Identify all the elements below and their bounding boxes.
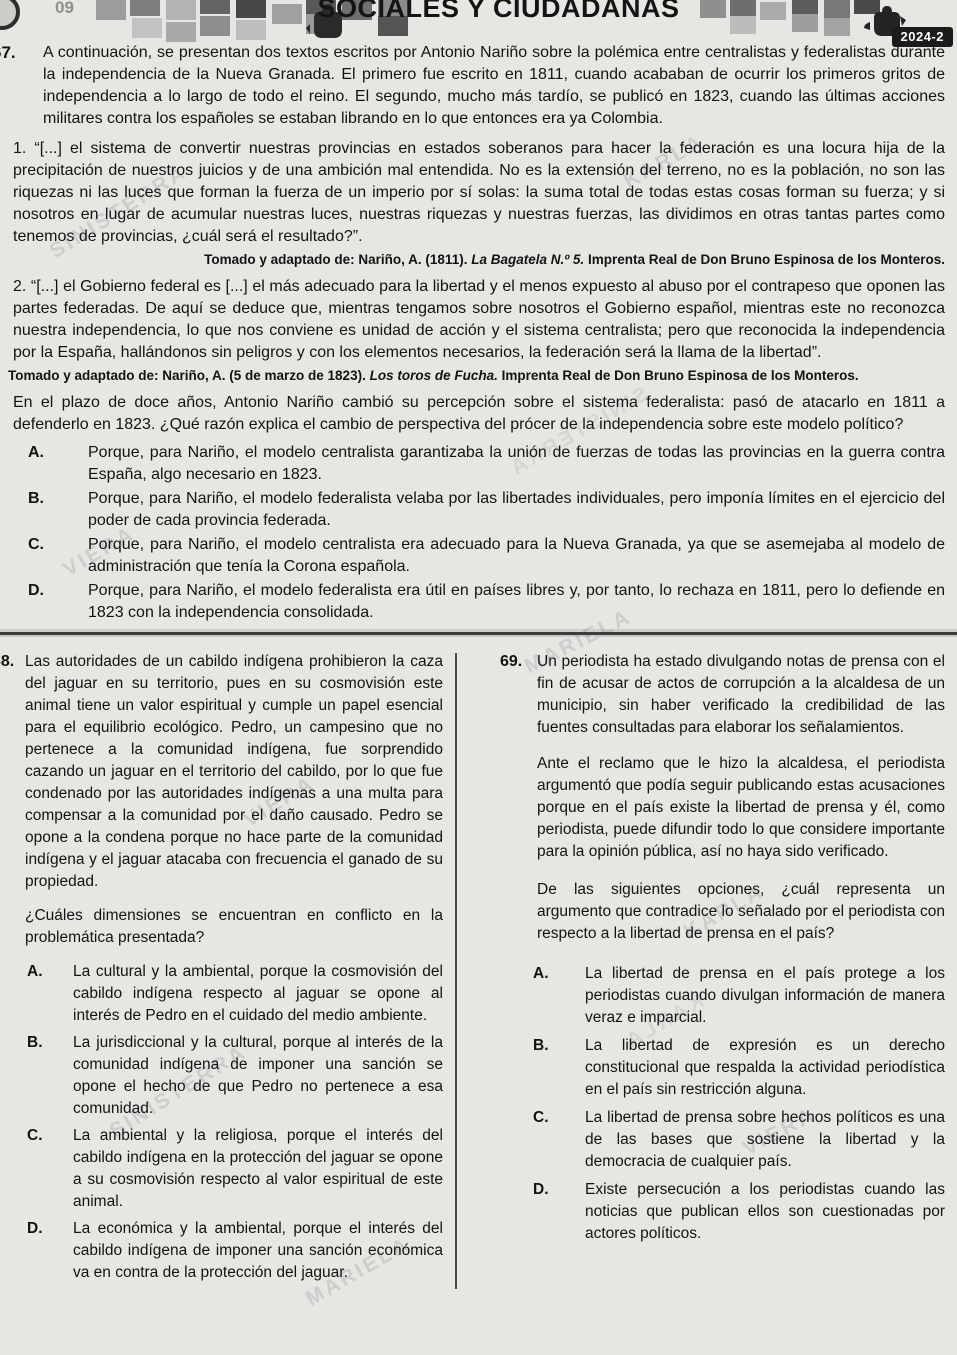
question-stem: En el plazo de doce años, Antonio Nariño… (13, 392, 945, 436)
option-letter: A. (533, 963, 585, 1029)
question-body: 68. Las autoridades de un cabildo indíge… (25, 651, 443, 893)
section-divider (0, 632, 957, 635)
question-69: 69. Un periodista ha estado divulgando n… (457, 649, 957, 1289)
option-letter: C. (533, 1107, 585, 1173)
exam-page: 09 SOCIALES Y CIUDADANAS 2024-2 67. A co… (0, 0, 957, 1289)
question-number: 68. (0, 651, 14, 673)
option-row-a: A. La cultural y la ambiental, porque la… (0, 961, 455, 1027)
option-text: Porque, para Nariño, el modelo federalis… (88, 488, 945, 532)
question-body-text: Las autoridades de un cabildo indígena p… (25, 653, 443, 890)
option-text: Porque, para Nariño, el modelo centralis… (88, 442, 945, 486)
option-text: La libertad de prensa en el país protege… (585, 963, 945, 1029)
option-text: Porque, para Nariño, el modelo federalis… (88, 580, 945, 624)
option-text: La económica y la ambiental, porque el i… (73, 1218, 443, 1284)
page-title: SOCIALES Y CIUDADANAS (317, 0, 679, 24)
question-intro-text: A continuación, se presentan dos textos … (43, 44, 945, 127)
option-letter: B. (28, 488, 88, 532)
option-row-d: D. Existe persecución a los periodistas … (457, 1179, 957, 1245)
option-row-b: B. La jurisdiccional y la cultural, porq… (0, 1032, 455, 1120)
mosaic-decoration (700, 0, 726, 18)
option-row-b: B. La libertad de expresión es un derech… (457, 1035, 957, 1101)
question-67: 67. A continuación, se presentan dos tex… (0, 42, 957, 624)
source-work-title: Los toros de Fucha. (370, 368, 498, 383)
option-letter: D. (27, 1218, 73, 1284)
source-prefix: Tomado y adaptado de: Nariño, A. (1811). (204, 252, 471, 267)
quote-source-1: Tomado y adaptado de: Nariño, A. (1811).… (13, 252, 945, 268)
option-letter: C. (28, 534, 88, 578)
options-list: A. Porque, para Nariño, el modelo centra… (0, 442, 957, 624)
question-68: 68. Las autoridades de un cabildo indíge… (0, 649, 455, 1289)
mosaic-decoration (96, 0, 126, 20)
quote-1: 1. “[...] el sistema de convertir nuestr… (13, 138, 945, 248)
option-row-a: A. La libertad de prensa en el país prot… (457, 963, 957, 1029)
option-row-d: D. La económica y la ambiental, porque e… (0, 1218, 455, 1284)
source-suffix: Imprenta Real de Don Bruno Espinosa de l… (584, 252, 945, 267)
option-letter: A. (27, 961, 73, 1027)
option-text: Porque, para Nariño, el modelo centralis… (88, 534, 945, 578)
question-stem: ¿Cuáles dimensiones se encuentran en con… (25, 905, 443, 949)
option-text: La jurisdiccional y la cultural, porque … (73, 1032, 443, 1120)
question-number: 69. (500, 651, 522, 673)
source-work-title: La Bagatela N.º 5. (471, 252, 584, 267)
option-letter: C. (27, 1125, 73, 1213)
options-list: A. La libertad de prensa en el país prot… (457, 963, 957, 1245)
option-letter: B. (533, 1035, 585, 1101)
question-body-paragraph: Ante el reclamo que le hizo la alcaldesa… (537, 753, 945, 863)
question-body: 69. Un periodista ha estado divulgando n… (537, 651, 945, 739)
option-row-b: B. Porque, para Nariño, el modelo federa… (0, 488, 957, 532)
page-header: 09 SOCIALES Y CIUDADANAS 2024-2 (0, 0, 957, 34)
option-row-d: D. Porque, para Nariño, el modelo federa… (0, 580, 957, 624)
question-body-text: Un periodista ha estado divulgando notas… (537, 653, 945, 736)
option-row-c: C. La libertad de prensa sobre hechos po… (457, 1107, 957, 1173)
option-row-c: C. La ambiental y la religiosa, porque e… (0, 1125, 455, 1213)
option-letter: D. (28, 580, 88, 624)
page-number: 09 (55, 0, 74, 18)
logo-icon (0, 0, 20, 30)
two-column-area: 68. Las autoridades de un cabildo indíge… (0, 649, 957, 1289)
option-letter: D. (533, 1179, 585, 1245)
option-letter: B. (27, 1032, 73, 1120)
options-list: A. La cultural y la ambiental, porque la… (0, 961, 455, 1284)
option-row-a: A. Porque, para Nariño, el modelo centra… (0, 442, 957, 486)
quote-2: 2. “[...] el Gobierno federal es [...] e… (13, 276, 945, 364)
option-letter: A. (28, 442, 88, 486)
quote-source-2: Tomado y adaptado de: Nariño, A. (5 de m… (8, 368, 945, 384)
question-intro: 67. A continuación, se presentan dos tex… (43, 42, 945, 130)
question-stem: De las siguientes opciones, ¿cuál repres… (537, 879, 945, 945)
question-number: 67. (0, 42, 16, 64)
option-text: La ambiental y la religiosa, porque el i… (73, 1125, 443, 1213)
option-text: Existe persecución a los periodistas cua… (585, 1179, 945, 1245)
source-prefix: Tomado y adaptado de: Nariño, A. (5 de m… (8, 368, 370, 383)
option-text: La libertad de prensa sobre hechos polít… (585, 1107, 945, 1173)
option-text: La libertad de expresión es un derecho c… (585, 1035, 945, 1101)
option-row-c: C. Porque, para Nariño, el modelo centra… (0, 534, 957, 578)
option-text: La cultural y la ambiental, porque la co… (73, 961, 443, 1027)
source-suffix: Imprenta Real de Don Bruno Espinosa de l… (498, 368, 859, 383)
